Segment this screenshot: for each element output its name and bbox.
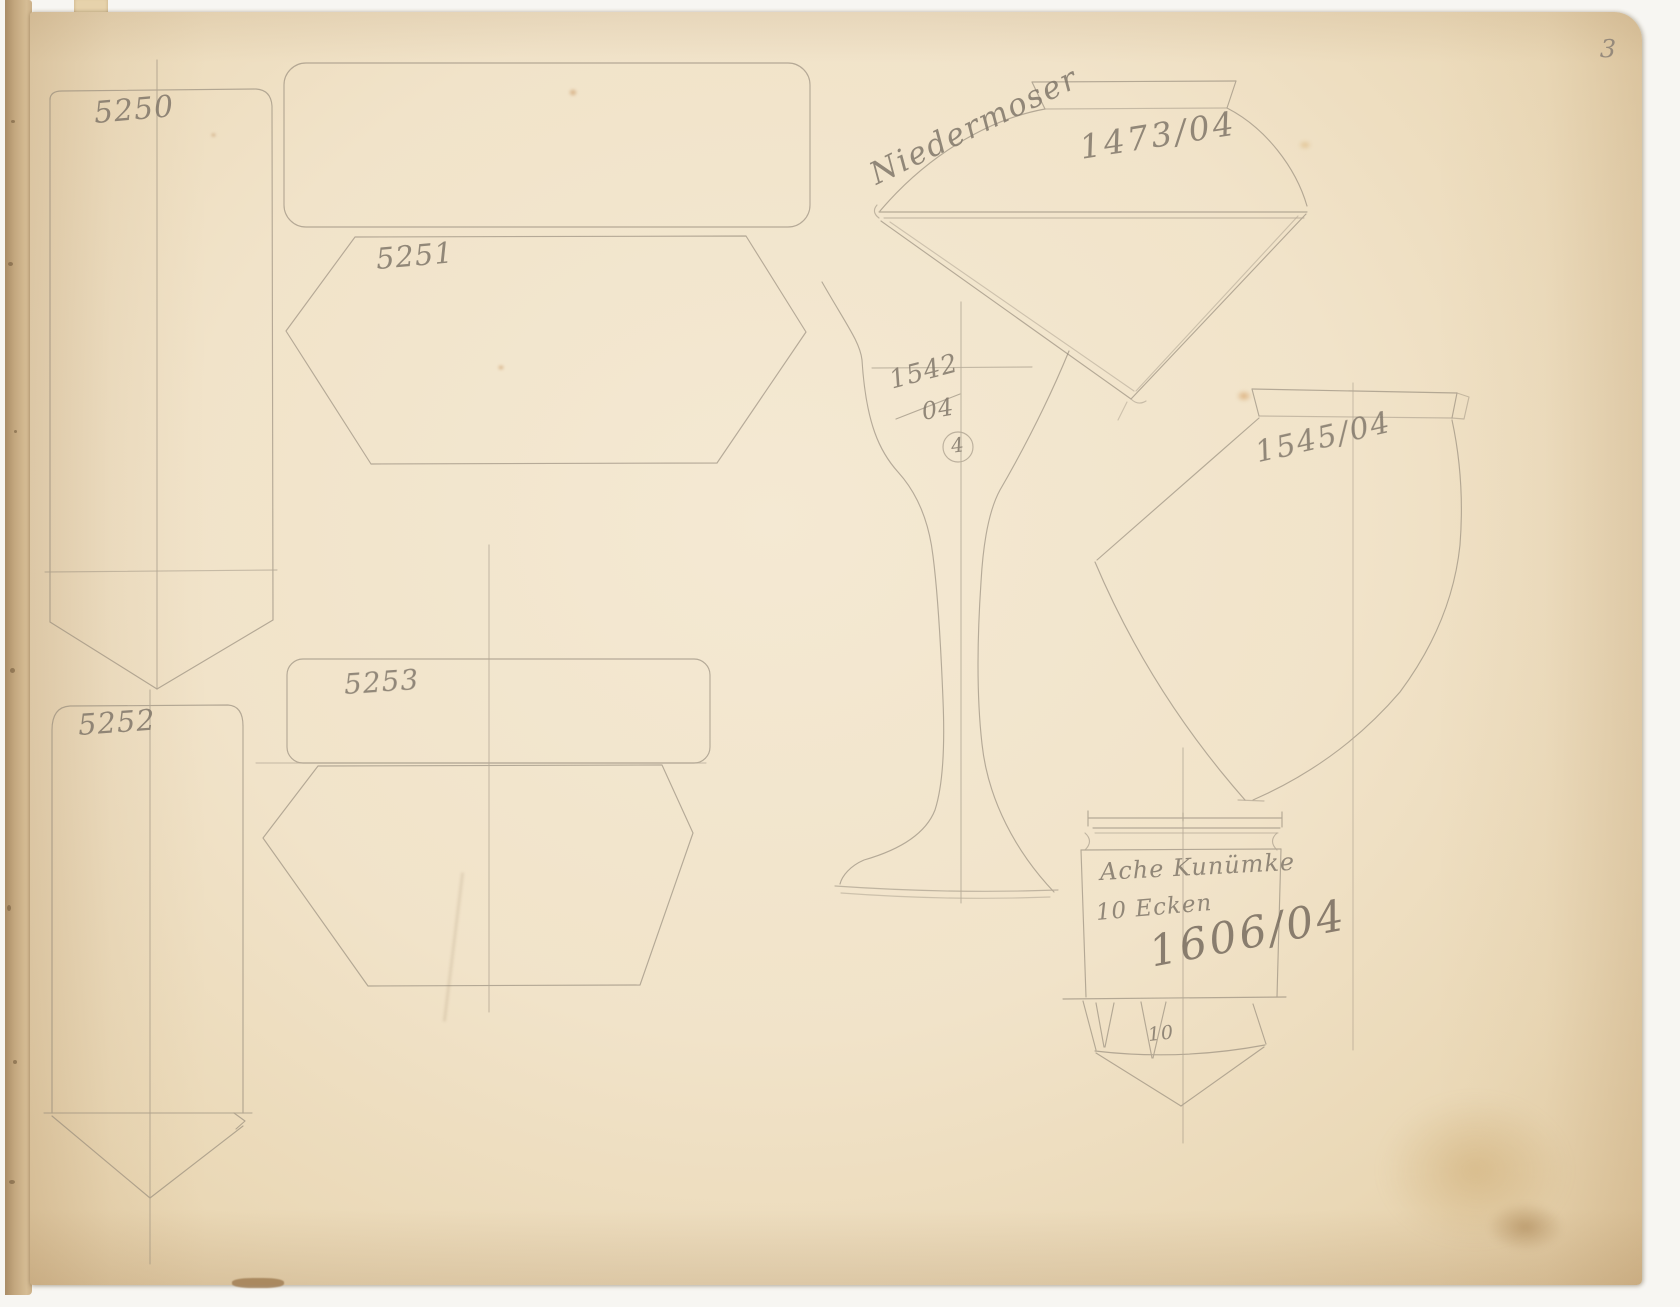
page-number: 3 (1599, 34, 1617, 64)
vessel-5250-outline (45, 60, 277, 689)
pencil-drawings (0, 0, 1680, 1307)
scan-background: 5250 5251 5252 5253 Niedermoser 1473/04 … (0, 0, 1680, 1307)
vessel-5251-outline (286, 236, 806, 464)
annotation-1542-denominator: 04 (920, 393, 957, 426)
annotation-5250: 5250 (92, 89, 175, 131)
annotation-facet-count: 10 (1147, 1021, 1175, 1046)
annotation-5253: 5253 (343, 663, 420, 701)
vessel-5252-outline (44, 690, 252, 1264)
lid-rounded-rect-outline (284, 63, 810, 227)
annotation-5251: 5251 (375, 235, 455, 276)
annotation-circled-4: 4 (949, 432, 966, 458)
annotation-5252: 5252 (77, 703, 157, 742)
vessel-5253-outline (256, 545, 710, 1012)
